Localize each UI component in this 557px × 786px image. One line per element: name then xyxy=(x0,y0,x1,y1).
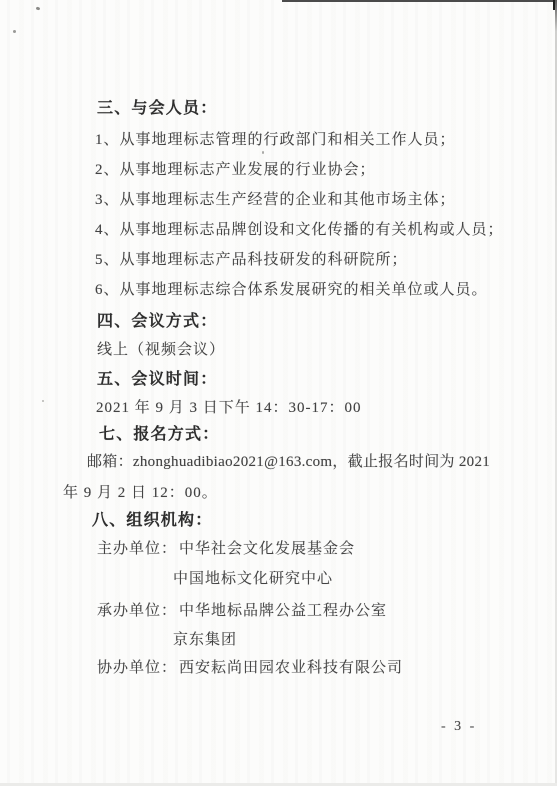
scan-speck xyxy=(13,30,16,33)
organizer-extra-undertaker: 京东集团 xyxy=(173,628,237,649)
section-heading-organization: 八、组织机构： xyxy=(92,507,212,530)
section-heading-meeting-time: 五、会议时间： xyxy=(97,366,217,389)
scan-speck xyxy=(36,6,41,10)
registration-email-line: 邮箱：zhonghuadibiao2021@163.com，截止报名时间为 20… xyxy=(87,450,490,471)
organizer-row-coorganizer: 协办单位：西安耘尚田园农业科技有限公司 xyxy=(97,656,403,677)
section-heading-attendees: 三、与会人员： xyxy=(97,95,217,118)
scanned-document-page: 三、与会人员： 1、从事地理标志管理的行政部门和相关工作人员； 2、从事地理标志… xyxy=(0,0,557,786)
organizer-extra-host: 中国地标文化研究中心 xyxy=(173,567,333,588)
scan-edge-top xyxy=(282,0,557,2)
organizer-value: 中华社会文化发展基金会 xyxy=(179,541,355,557)
attendees-list-item: 2、从事地理标志产业发展的行业协会； xyxy=(95,158,376,179)
organizer-label: 主办单位： xyxy=(97,541,177,557)
organizer-row-host: 主办单位：中华社会文化发展基金会 xyxy=(97,537,355,558)
attendees-list-item: 3、从事地理标志生产经营的企业和其他市场主体； xyxy=(95,188,456,209)
scan-speck xyxy=(42,400,44,402)
meeting-time-text: 2021 年 9 月 3 日下午 14：30-17：00 xyxy=(96,396,362,417)
scan-speck xyxy=(262,151,264,154)
organizer-value: 西安耘尚田园农业科技有限公司 xyxy=(179,660,403,676)
organizer-value: 中华地标品牌公益工程办公室 xyxy=(179,603,387,619)
attendees-list-item: 4、从事地理标志品牌创设和文化传播的有关机构或人员； xyxy=(95,218,504,239)
attendees-list-item: 1、从事地理标志管理的行政部门和相关工作人员； xyxy=(95,128,456,149)
meeting-format-text: 线上（视频会议） xyxy=(97,338,225,359)
organizer-label: 承办单位： xyxy=(97,603,177,619)
organizer-label: 协办单位： xyxy=(97,660,177,676)
attendees-list-item: 6、从事地理标志综合体系发展研究的相关单位或人员。 xyxy=(95,278,488,299)
section-heading-registration: 七、报名方式： xyxy=(99,421,219,444)
section-heading-meeting-format: 四、会议方式： xyxy=(97,308,217,331)
organizer-row-undertaker: 承办单位：中华地标品牌公益工程办公室 xyxy=(97,599,387,620)
page-number: - 3 - xyxy=(441,719,477,735)
attendees-list-item: 5、从事地理标志产品科技研发的科研院所； xyxy=(95,248,408,269)
registration-deadline-line: 年 9 月 2 日 12：00。 xyxy=(63,481,218,502)
